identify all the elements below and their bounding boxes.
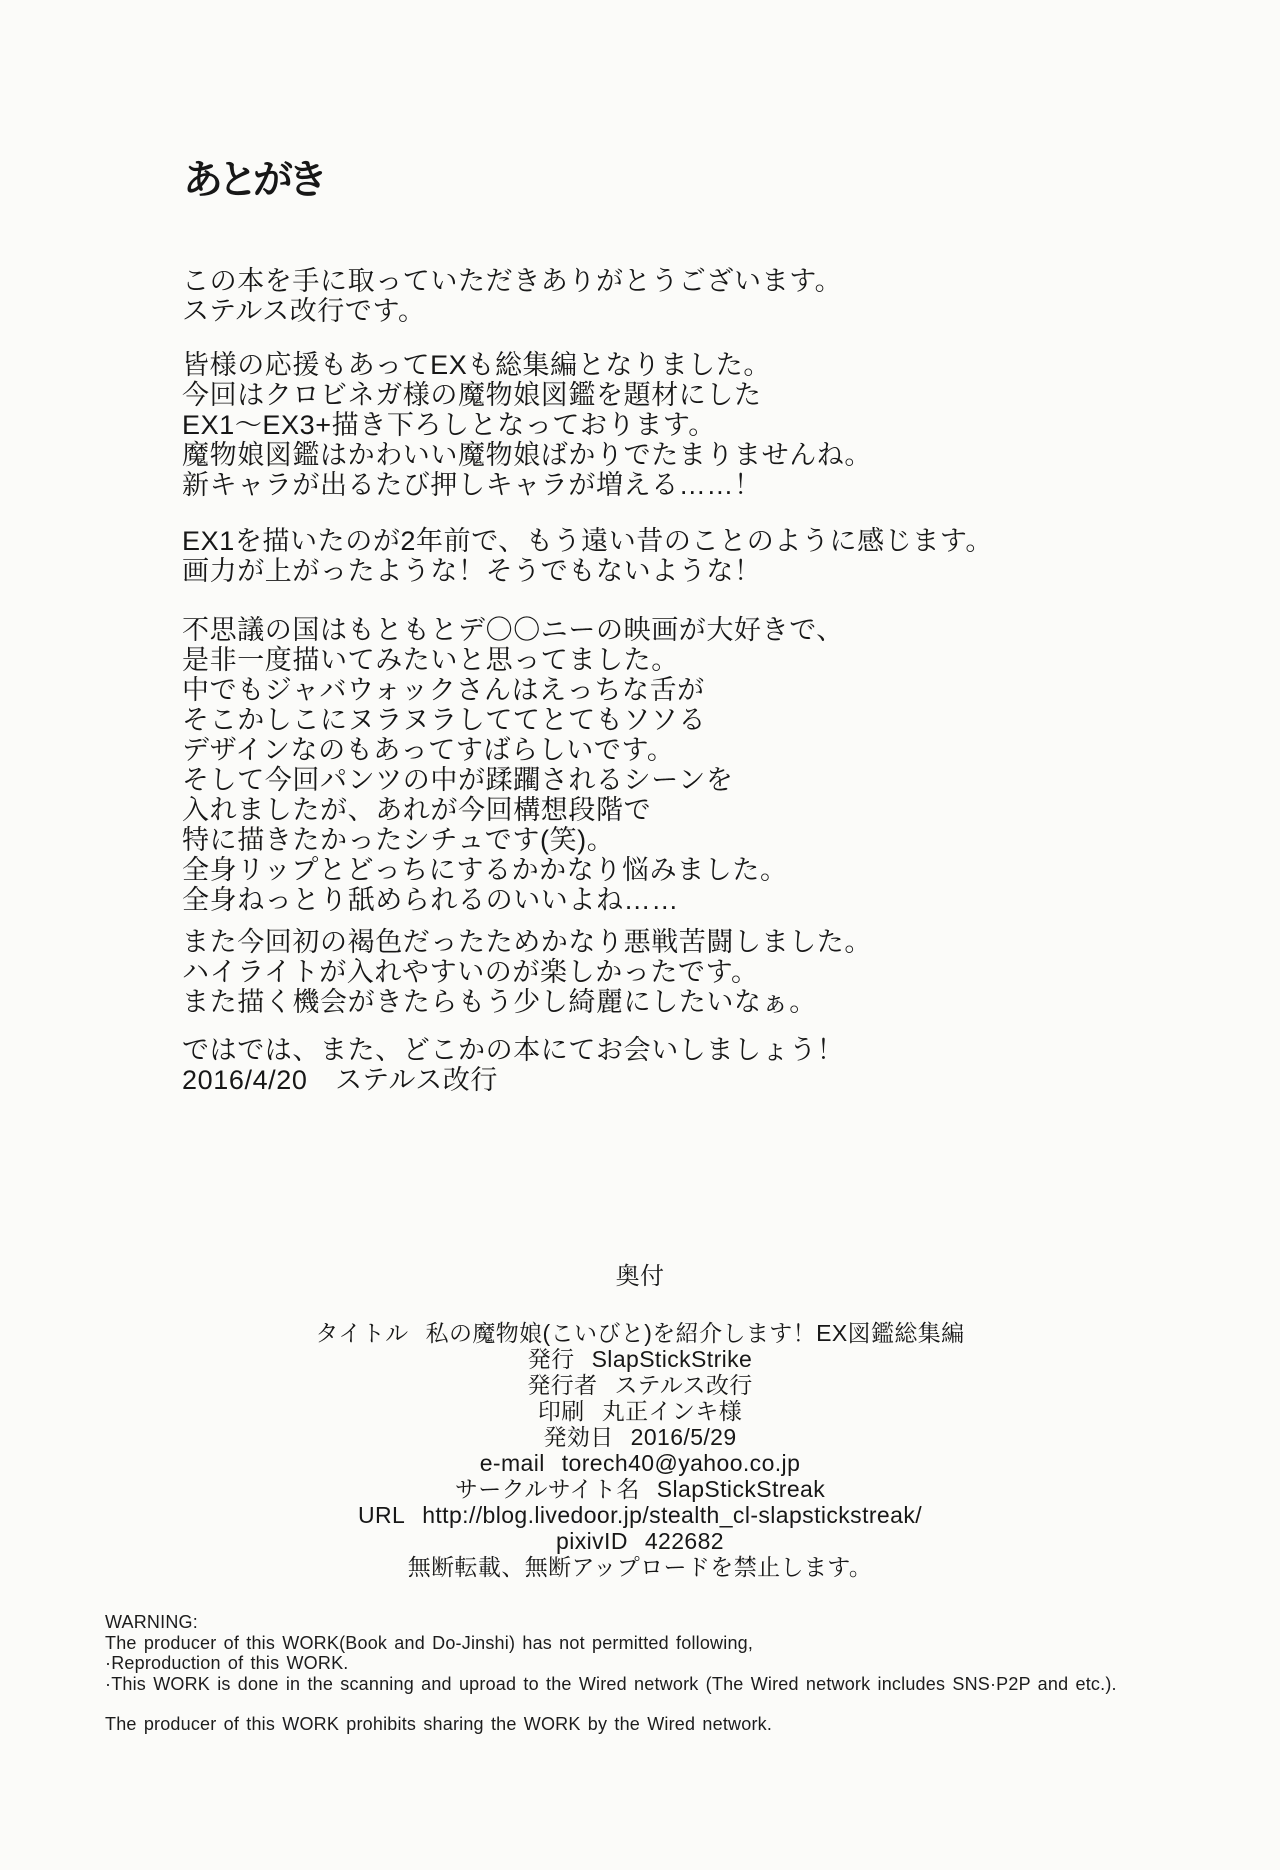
- colophon-notice: 無断転載、無断アップロードを禁止します。: [0, 1554, 1280, 1580]
- colophon-row-pixiv-id: pixivID422682: [0, 1528, 1280, 1554]
- warning-heading: WARNING:: [105, 1612, 1225, 1633]
- colophon-value: 丸正インキ様: [602, 1398, 742, 1424]
- afterword-body: この本を手に取っていただきありがとうございます。 ステルス改行です。 皆様の応援…: [182, 266, 1122, 1095]
- colophon-value: SlapStickStreak: [657, 1476, 825, 1502]
- colophon-row-title: タイトル私の魔物娘(こいびと)を紹介します！EX図鑑総集編: [0, 1320, 1280, 1346]
- colophon-row-printer: 印刷丸正インキ様: [0, 1398, 1280, 1424]
- colophon-row-date: 発効日2016/5/29: [0, 1424, 1280, 1450]
- colophon-value: 2016/5/29: [631, 1424, 737, 1450]
- afterword-paragraph-compilation: 皆様の応援もあってEXも総集編となりました。 今回はクロビネガ様の魔物娘図鑑を題…: [182, 350, 1122, 500]
- afterword-paragraph-tan: また今回初の褐色だったためかなり悪戦苦闘しました。 ハイライトが入れやすいのが楽…: [182, 927, 1122, 1017]
- colophon-row-url: URLhttp://blog.livedoor.jp/stealth_cl-sl…: [0, 1502, 1280, 1528]
- warning-lines: The producer of this WORK(Book and Do-Ji…: [105, 1633, 1225, 1695]
- afterword-paragraph-signoff: ではでは、また、どこかの本にてお会いしましょう！ 2016/4/20 ステルス改…: [182, 1035, 1122, 1095]
- afterword-paragraph-thanks: この本を手に取っていただきありがとうございます。 ステルス改行です。: [182, 266, 1122, 326]
- colophon-label: タイトル: [315, 1320, 408, 1346]
- colophon-row-circle-site: サークルサイト名SlapStickStreak: [0, 1476, 1280, 1502]
- colophon-value: 私の魔物娘(こいびと)を紹介します！EX図鑑総集編: [426, 1320, 965, 1346]
- warning-footer: The producer of this WORK prohibits shar…: [105, 1714, 1225, 1735]
- colophon: 奥付 タイトル私の魔物娘(こいびと)を紹介します！EX図鑑総集編 発行SlapS…: [0, 1264, 1280, 1580]
- afterword-heading: あとがき: [183, 156, 323, 204]
- colophon-heading: 奥付: [0, 1264, 1280, 1290]
- colophon-row-publisher: 発行SlapStickStrike: [0, 1346, 1280, 1372]
- colophon-label: サークルサイト名: [455, 1476, 640, 1502]
- colophon-label: 印刷: [538, 1398, 585, 1424]
- colophon-label: 発行: [528, 1346, 575, 1372]
- colophon-value: ステルス改行: [615, 1372, 753, 1398]
- colophon-value: 422682: [645, 1528, 724, 1554]
- colophon-label: pixivID: [556, 1528, 628, 1554]
- colophon-value: http://blog.livedoor.jp/stealth_cl-slaps…: [422, 1502, 922, 1528]
- warning-block: WARNING: The producer of this WORK(Book …: [105, 1612, 1225, 1735]
- colophon-value: torech40@yahoo.co.jp: [562, 1450, 801, 1476]
- afterword-paragraph-wonderland: 不思議の国はもともとデ〇〇ニーの映画が大好きで、 是非一度描いてみたいと思ってま…: [182, 615, 1122, 915]
- colophon-label: e-mail: [480, 1450, 545, 1476]
- colophon-label: URL: [358, 1502, 405, 1528]
- colophon-label: 発行者: [527, 1372, 597, 1398]
- colophon-row-email: e-mailtorech40@yahoo.co.jp: [0, 1450, 1280, 1476]
- colophon-value: SlapStickStrike: [592, 1346, 753, 1372]
- scanned-afterword-page: あとがき この本を手に取っていただきありがとうございます。 ステルス改行です。 …: [0, 0, 1280, 1870]
- afterword-paragraph-ex1: EX1を描いたのが2年前で、もう遠い昔のことのように感じます。 画力が上がったよ…: [182, 526, 1122, 586]
- colophon-label: 発効日: [543, 1424, 613, 1450]
- colophon-row-author: 発行者ステルス改行: [0, 1372, 1280, 1398]
